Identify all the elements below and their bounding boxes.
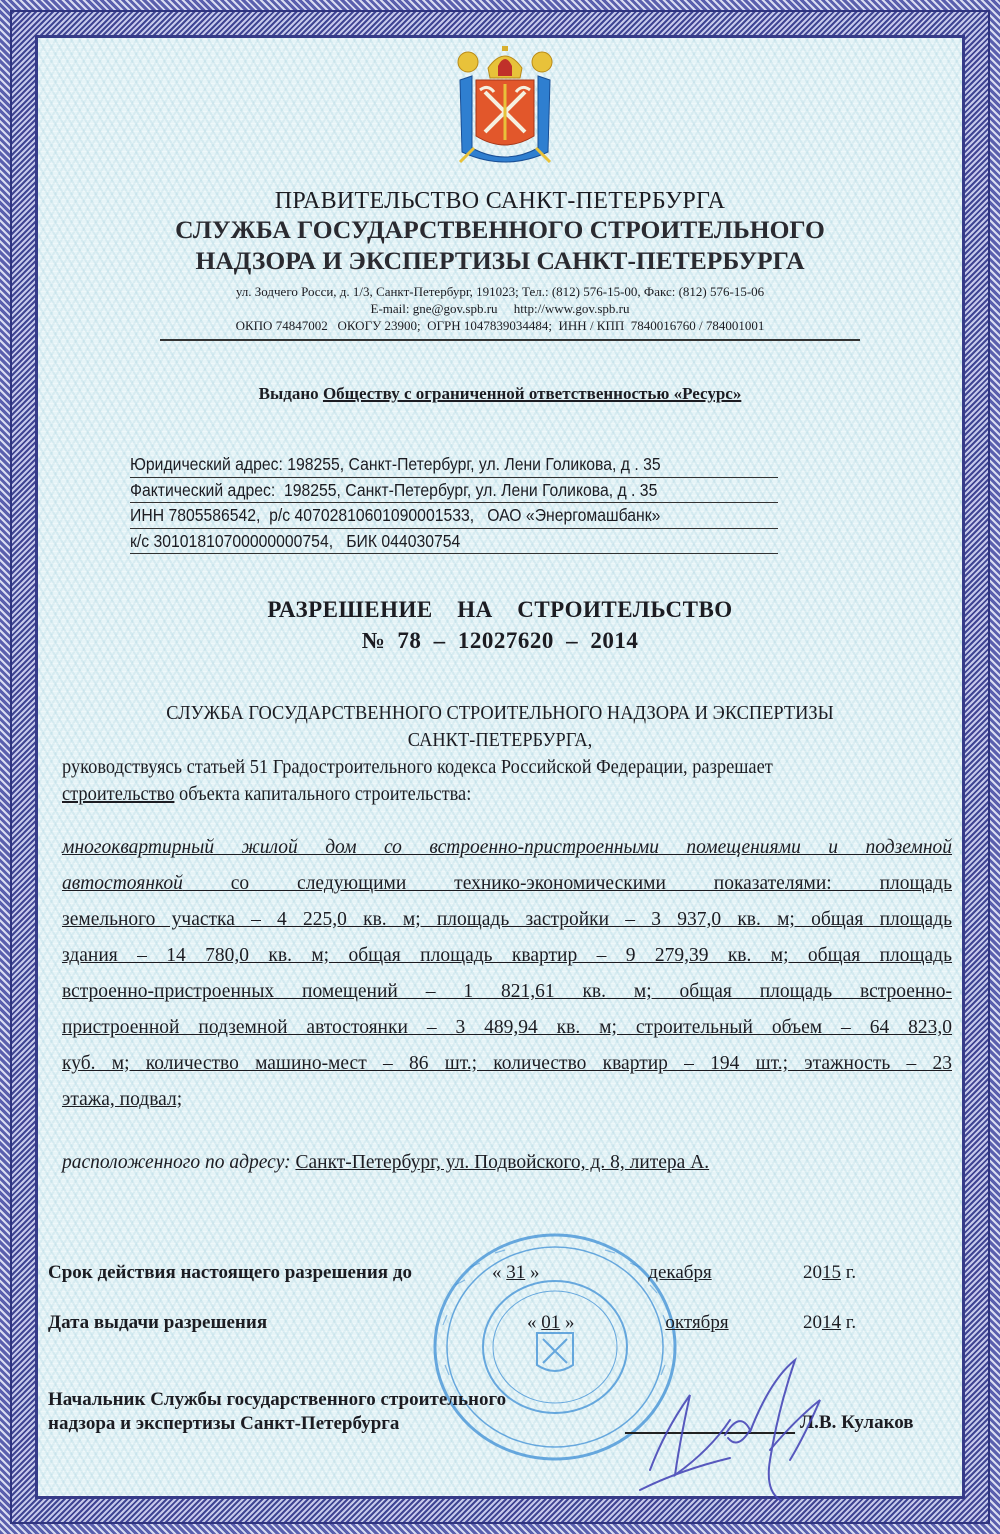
service-name-line1: СЛУЖБА ГОСУДАРСТВЕННОГО СТРОИТЕЛЬНОГО	[0, 214, 1000, 245]
signatory-position-line2: надзора и экспертизы Санкт-Петербурга	[48, 1412, 506, 1436]
issuing-authority: СЛУЖБА ГОСУДАРСТВЕННОГО СТРОИТЕЛЬНОГО НА…	[40, 700, 960, 754]
permit-number: № 78 – 12027620 – 2014	[0, 625, 1000, 656]
object-description: многоквартирный жилой дом со встроенно-п…	[62, 830, 952, 1118]
legal-basis-line1: руководствуясь статьей 51 Градостроитель…	[62, 754, 890, 781]
object-line-2: автостоянкой со следующими технико-эконо…	[62, 866, 952, 902]
legal-address: Юридический адрес: 198255, Санкт-Петербу…	[130, 452, 778, 478]
signatory-position: Начальник Службы государственного строит…	[48, 1388, 506, 1436]
object-line-1: многоквартирный жилой дом со встроенно-п…	[62, 830, 952, 866]
service-name: СЛУЖБА ГОСУДАРСТВЕННОГО СТРОИТЕЛЬНОГО НА…	[0, 214, 1000, 276]
permit-title: РАЗРЕШЕНИЕ НА СТРОИТЕЛЬСТВО № 78 – 12027…	[0, 594, 1000, 656]
issued-to: Выдано Обществу с ограниченной ответстве…	[0, 384, 1000, 404]
service-name-line2: НАДЗОРА И ЭКСПЕРТИЗЫ САНКТ-ПЕТЕРБУРГА	[0, 245, 1000, 276]
bank-account: ИНН 7805586542, р/с 40702810601090001533…	[130, 503, 778, 529]
validity-year: 2015 г.	[803, 1262, 856, 1284]
permit-heading: РАЗРЕШЕНИЕ НА СТРОИТЕЛЬСТВО	[0, 594, 1000, 625]
validity-label: Срок действия настоящего разрешения до	[48, 1262, 412, 1284]
correspondent-account: к/с 30101810700000000754, БИК 044030754	[130, 529, 778, 555]
issue-date-day: « 01 »	[527, 1312, 575, 1334]
issue-date-month: октября	[592, 1312, 802, 1334]
handwritten-signature-icon	[620, 1340, 850, 1510]
signatory-position-line1: Начальник Службы государственного строит…	[48, 1388, 506, 1412]
header-divider	[160, 339, 860, 341]
object-location: расположенного по адресу: Санкт-Петербур…	[62, 1152, 709, 1174]
coat-of-arms-icon	[450, 40, 560, 170]
issued-prefix: Выдано	[259, 384, 319, 403]
object-line-3: земельного участка – 4 225,0 кв. м; площ…	[62, 902, 952, 938]
issued-recipient: Обществу с ограниченной ответственностью…	[323, 384, 741, 403]
authority-line2: САНКТ-ПЕТЕРБУРГА,	[40, 727, 960, 754]
contacts-codes: ОКПО 74847002 ОКОГУ 23900; ОГРН 10478390…	[0, 317, 1000, 334]
legal-basis: руководствуясь статьей 51 Градостроитель…	[62, 754, 890, 808]
validity-month: декабря	[560, 1262, 800, 1284]
contacts-address: ул. Зодчего Росси, д. 1/3, Санкт-Петербу…	[0, 283, 1000, 300]
legal-basis-keyword: строительство	[62, 783, 174, 805]
validity-day: « 31 »	[492, 1262, 540, 1284]
location-address: Санкт-Петербург, ул. Подвойского, д. 8, …	[295, 1152, 709, 1173]
contacts-email-web: E-mail: gne@gov.spb.ru http://www.gov.sp…	[0, 300, 1000, 317]
object-line-5: встроенно-пристроенных помещений – 1 821…	[62, 974, 952, 1010]
recipient-details: Юридический адрес: 198255, Санкт-Петербу…	[130, 452, 778, 554]
service-contacts: ул. Зодчего Росси, д. 1/3, Санкт-Петербу…	[0, 283, 1000, 334]
authority-line1: СЛУЖБА ГОСУДАРСТВЕННОГО СТРОИТЕЛЬНОГО НА…	[40, 700, 960, 727]
issue-date-label: Дата выдачи разрешения	[48, 1312, 267, 1334]
object-line-6: пристроенной подземной автостоянки – 3 4…	[62, 1010, 952, 1046]
actual-address: Фактический адрес: 198255, Санкт-Петербу…	[130, 478, 778, 504]
object-line-8: этажа, подвал;	[62, 1082, 952, 1118]
legal-basis-line2: объекта капитального строительства:	[174, 783, 471, 805]
object-line-7: куб. м; количество машино-мест – 86 шт.;…	[62, 1046, 952, 1082]
issue-date-year: 2014 г.	[803, 1312, 856, 1334]
government-name: ПРАВИТЕЛЬСТВО САНКТ-ПЕТЕРБУРГА	[0, 188, 1000, 215]
location-label: расположенного по адресу:	[62, 1152, 291, 1173]
object-line-4: здания – 14 780,0 кв. м; общая площадь к…	[62, 938, 952, 974]
